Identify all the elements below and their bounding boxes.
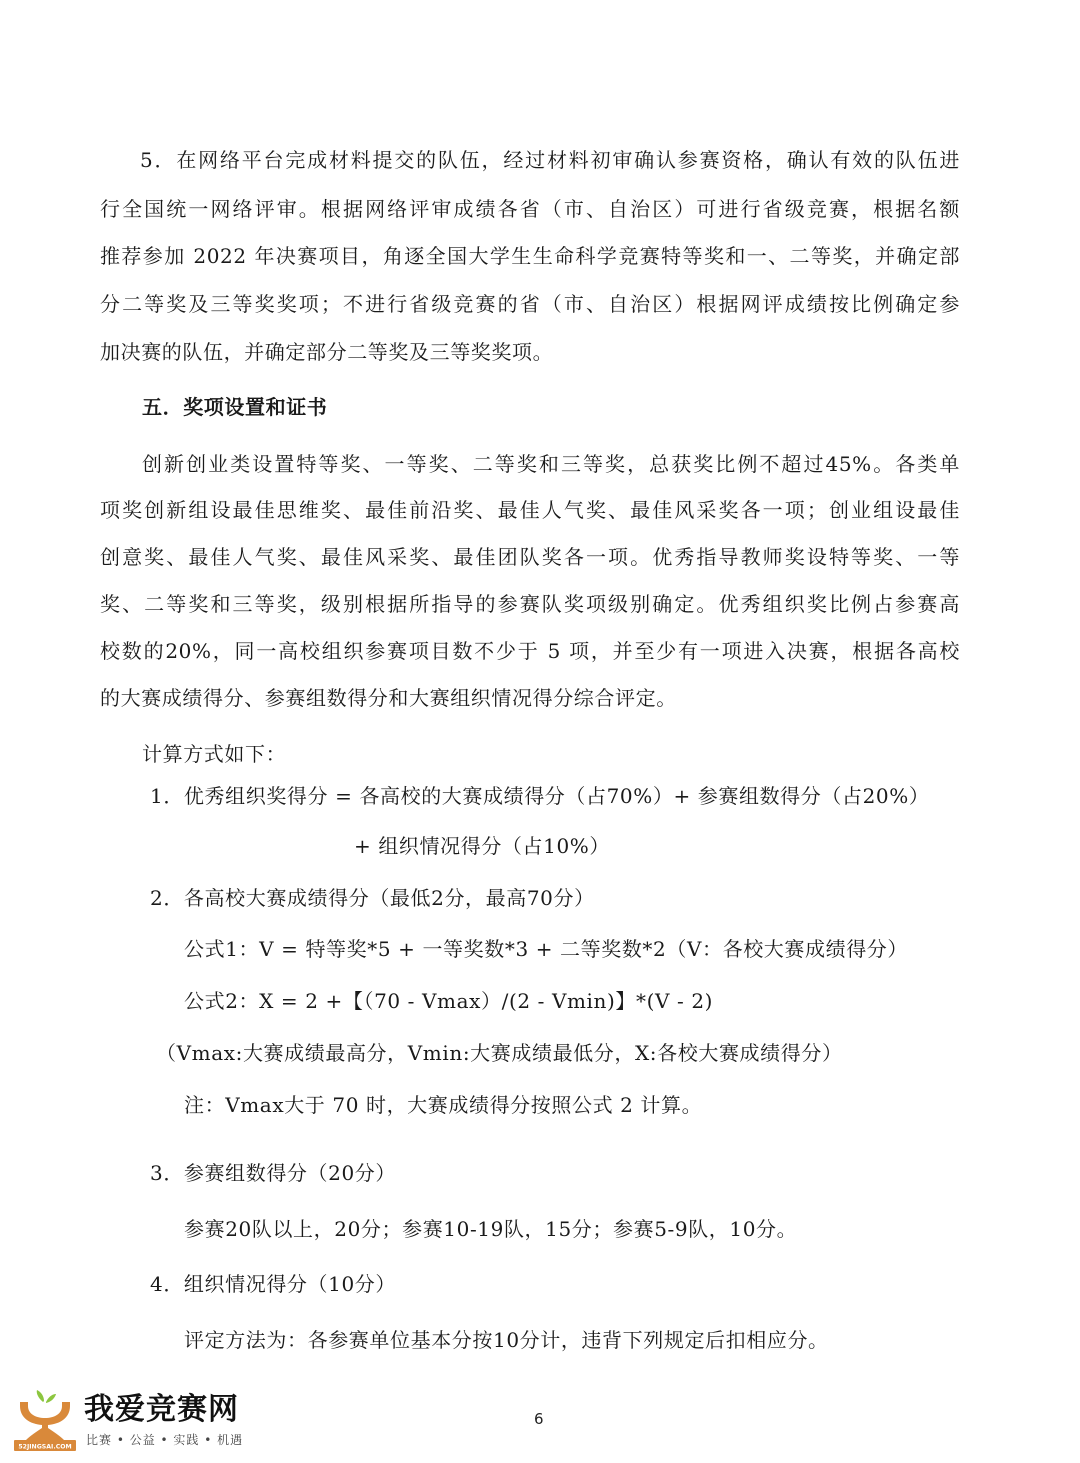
logo-title: 我爱竞赛网 [84,1392,239,1428]
site-logo[interactable]: 52JINGSAI.COM 我爱竞赛网 比赛 • 公益 • 实践 • 机遇 [14,1388,274,1454]
formula-legend: （Vmax:大赛成绩最高分，Vmin:大赛成绩最低分，X:各校大赛成绩得分） [156,1039,843,1067]
calc-item4-title: 4．组织情况得分（10分） [150,1270,396,1298]
item5-line-2: 行全国统一网络评审。根据网络评审成绩各省（市、自治区）可进行省级竞赛，根据名额 [100,195,960,223]
formula-1: 公式1：V = 特等奖*5 + 一等奖数*3 + 二等奖数*2（V：各校大赛成绩… [184,935,908,963]
page-number: 6 [534,1410,544,1428]
section-heading-awards: 五．奖项设置和证书 [142,393,327,421]
item5-line-3: 推荐参加 2022 年决赛项目，角逐全国大学生生命科学竞赛特等奖和一、二等奖，并… [100,242,960,270]
awards-line-3: 创意奖、最佳人气奖、最佳风采奖、最佳团队奖各一项。优秀指导教师奖设特等奖、一等 [100,543,960,571]
calc-item2-title: 2．各高校大赛成绩得分（最低2分，最高70分） [150,884,595,912]
calc-item1-line2: + 组织情况得分（占10%） [354,832,610,860]
svg-text:52JINGSAI.COM: 52JINGSAI.COM [18,1444,71,1451]
calc-item3-title: 3．参赛组数得分（20分） [150,1159,396,1187]
formula-2: 公式2：X = 2 +【（70 - Vmax）/(2 - Vmin)】*(V -… [184,987,713,1015]
awards-line-4: 奖、二等奖和三等奖，级别根据所指导的参赛队奖项级别确定。优秀组织奖比例占参赛高 [100,590,960,618]
document-page: 5．在网络平台完成材料提交的队伍，经过材料初审确认参赛资格，确认有效的队伍进 行… [0,0,1080,1463]
calc-item3-body: 参赛20队以上，20分；参赛10-19队，15分；参赛5-9队，10分。 [184,1215,797,1243]
calc-item1-line1: 1．优秀组织奖得分 = 各高校的大赛成绩得分（占70%）+ 参赛组数得分（占20… [150,782,929,810]
awards-line-5: 校数的20%，同一高校组织参赛项目数不少于 5 项，并至少有一项进入决赛，根据各… [100,637,960,665]
awards-line-6: 的大赛成绩得分、参赛组数得分和大赛组织情况得分综合评定。 [100,684,677,712]
item5-line-4: 分二等奖及三等奖奖项；不进行省级竞赛的省（市、自治区）根据网评成绩按比例确定参 [100,290,960,318]
calc-intro: 计算方式如下： [142,740,286,768]
item5-line-5: 加决赛的队伍，并确定部分二等奖及三等奖奖项。 [100,338,553,366]
item5-line-1: 5．在网络平台完成材料提交的队伍，经过材料初审确认参赛资格，确认有效的队伍进 [140,146,960,174]
awards-line-1: 创新创业类设置特等奖、一等奖、二等奖和三等奖，总获奖比例不超过45%。各类单 [142,450,960,478]
logo-subtitle: 比赛 • 公益 • 实践 • 机遇 [86,1432,243,1448]
formula-note: 注：Vmax大于 70 时，大赛成绩得分按照公式 2 计算。 [184,1091,702,1119]
trophy-cup-sprout-icon: 52JINGSAI.COM [14,1388,76,1452]
awards-line-2: 项奖创新组设最佳思维奖、最佳前沿奖、最佳人气奖、最佳风采奖各一项；创业组设最佳 [100,496,960,524]
calc-item4-body: 评定方法为：各参赛单位基本分按10分计，违背下列规定后扣相应分。 [184,1326,829,1354]
